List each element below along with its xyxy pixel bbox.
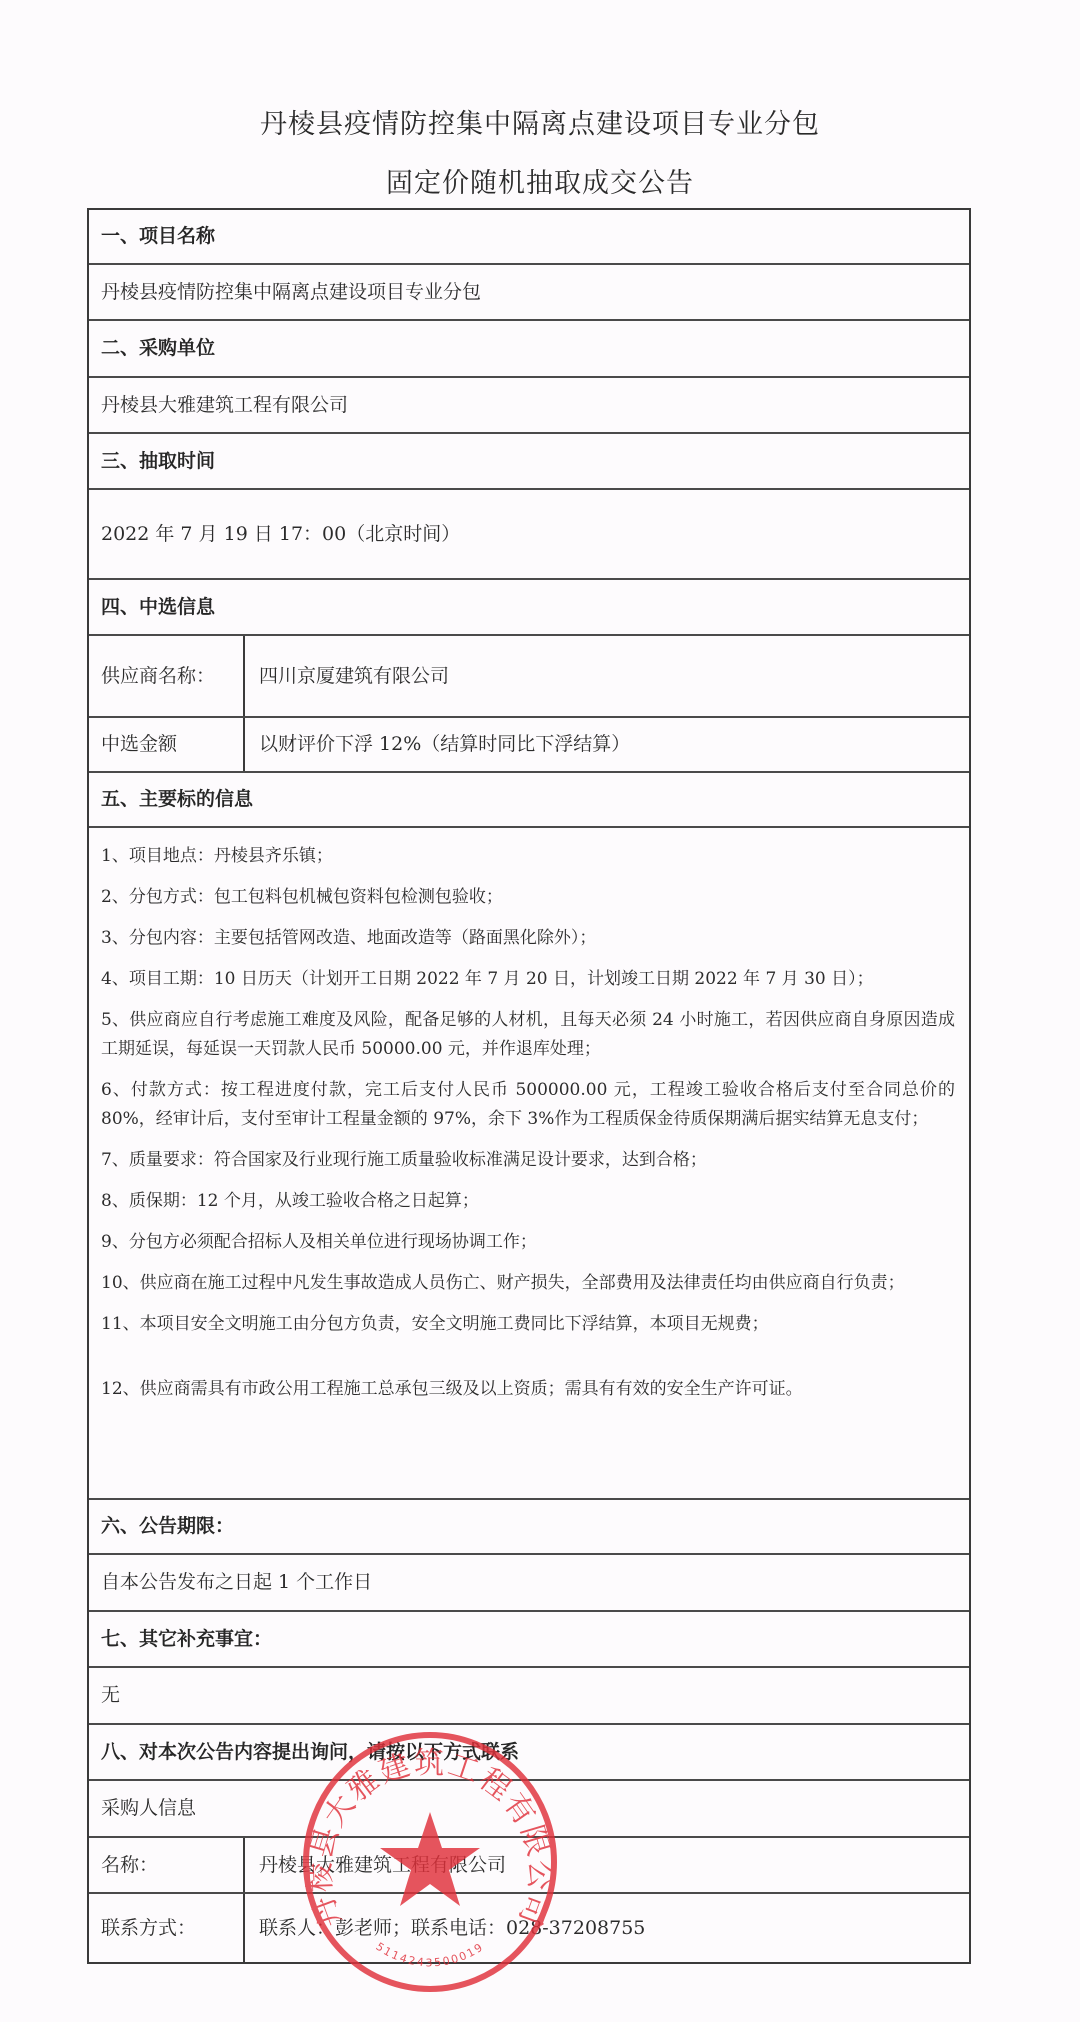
list-item: 12、供应商需具有市政公用工程施工总承包三级及以上资质；需具有有效的安全生产许可… — [101, 1375, 955, 1404]
contact-method-row: 联系方式： 联系人：彭老师；联系电话：028-37208755 — [89, 1894, 969, 1962]
other-matters-value-row: 无 — [89, 1668, 969, 1725]
section-purchaser-heading: 二、采购单位 — [89, 321, 969, 378]
supplier-value: 四川京厦建筑有限公司 — [245, 636, 969, 716]
list-item: 9、分包方必须配合招标人及相关单位进行现场协调工作； — [101, 1228, 955, 1257]
notice-period-value-row: 自本公告发布之日起 1 个工作日 — [89, 1555, 969, 1612]
document-title-line2: 固定价随机抽取成交公告 — [0, 161, 1080, 200]
list-item: 11、本项目安全文明施工由分包方负责，安全文明施工费同比下浮结算，本项目无规费； — [101, 1310, 955, 1339]
list-item: 1、项目地点：丹棱县齐乐镇； — [101, 842, 955, 871]
section-heading: 八、对本次公告内容提出询问，请按以下方式联系 — [89, 1743, 519, 1762]
supplier-label: 供应商名称： — [89, 636, 245, 716]
section-heading: 五、主要标的信息 — [89, 790, 253, 809]
contact-name-row: 名称： 丹棱县大雅建筑工程有限公司 — [89, 1838, 969, 1894]
section-heading: 一、项目名称 — [89, 227, 215, 246]
list-item: 8、质保期：12 个月，从竣工验收合格之日起算； — [101, 1187, 955, 1216]
list-item: 6、付款方式：按工程进度付款，完工后支付人民币 500000.00 元，工程竣工… — [101, 1076, 955, 1134]
subject-info-items: 1、项目地点：丹棱县齐乐镇； 2、分包方式：包工包料包机械包资料包检测包验收； … — [89, 828, 969, 1500]
section-draw-time-value-row: 2022 年 7 月 19 日 17：00（北京时间） — [89, 490, 969, 580]
section-contact-heading: 八、对本次公告内容提出询问，请按以下方式联系 — [89, 1725, 969, 1781]
contact-method-label: 联系方式： — [89, 1894, 245, 1962]
draw-time-value: 2022 年 7 月 19 日 17：00（北京时间） — [89, 525, 460, 544]
project-name-value: 丹棱县疫情防控集中隔离点建设项目专业分包 — [89, 283, 481, 302]
contact-name-value: 丹棱县大雅建筑工程有限公司 — [245, 1838, 969, 1892]
document-title-line1: 丹棱县疫情防控集中隔离点建设项目专业分包 — [0, 102, 1080, 141]
list-item: 2、分包方式：包工包料包机械包资料包检测包验收； — [101, 883, 955, 912]
list-item: 5、供应商应自行考虑施工难度及风险，配备足够的人材机，且每天必须 24 小时施工… — [101, 1006, 955, 1064]
list-item: 10、供应商在施工过程中凡发生事故造成人员伤亡、财产损失，全部费用及法律责任均由… — [101, 1269, 955, 1298]
purchaser-info-subheading: 采购人信息 — [89, 1799, 196, 1818]
purchaser-value: 丹棱县大雅建筑工程有限公司 — [89, 396, 348, 415]
purchaser-info-subheading-row: 采购人信息 — [89, 1781, 969, 1838]
section-purchaser-value-row: 丹棱县大雅建筑工程有限公司 — [89, 378, 969, 434]
amount-row: 中选金额 以财评价下浮 12%（结算时同比下浮结算） — [89, 718, 969, 773]
announcement-table: 一、项目名称 丹棱县疫情防控集中隔离点建设项目专业分包 二、采购单位 丹棱县大雅… — [87, 208, 971, 1964]
list-item: 7、质量要求：符合国家及行业现行施工质量验收标准满足设计要求，达到合格； — [101, 1146, 955, 1175]
section-heading: 七、其它补充事宜： — [89, 1630, 272, 1649]
section-subject-info-heading: 五、主要标的信息 — [89, 773, 969, 828]
notice-period-value: 自本公告发布之日起 1 个工作日 — [89, 1573, 372, 1592]
section-heading: 四、中选信息 — [89, 598, 215, 617]
list-item: 3、分包内容：主要包括管网改造、地面改造等（路面黑化除外）； — [101, 924, 955, 953]
section-heading: 二、采购单位 — [89, 339, 215, 358]
section-project-name-heading: 一、项目名称 — [89, 210, 969, 265]
section-heading: 三、抽取时间 — [89, 452, 215, 471]
section-other-matters-heading: 七、其它补充事宜： — [89, 1612, 969, 1668]
list-item: 4、项目工期：10 日历天（计划开工日期 2022 年 7 月 20 日，计划竣… — [101, 965, 955, 994]
contact-name-label: 名称： — [89, 1838, 245, 1892]
amount-label: 中选金额 — [89, 718, 245, 771]
section-draw-time-heading: 三、抽取时间 — [89, 434, 969, 490]
section-project-name-value-row: 丹棱县疫情防控集中隔离点建设项目专业分包 — [89, 265, 969, 321]
amount-value: 以财评价下浮 12%（结算时同比下浮结算） — [245, 718, 969, 771]
other-matters-value: 无 — [89, 1686, 120, 1705]
contact-method-value: 联系人：彭老师；联系电话：028-37208755 — [245, 1894, 969, 1962]
supplier-row: 供应商名称： 四川京厦建筑有限公司 — [89, 636, 969, 718]
section-selection-heading: 四、中选信息 — [89, 580, 969, 636]
section-heading: 六、公告期限： — [89, 1517, 234, 1536]
section-notice-period-heading: 六、公告期限： — [89, 1500, 969, 1555]
